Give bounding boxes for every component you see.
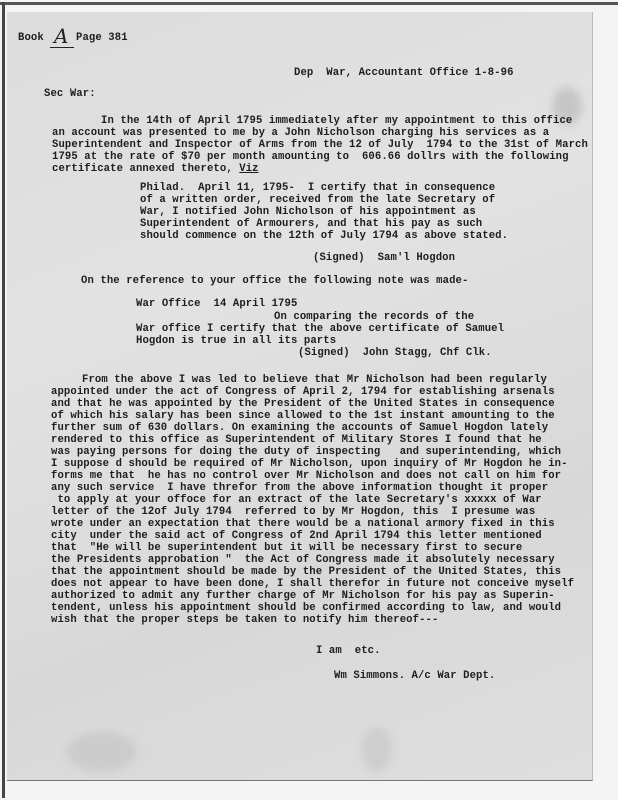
closing: I am etc. bbox=[316, 645, 381, 657]
text-line: an account was presented to me by a John… bbox=[52, 127, 549, 139]
text-line: the Presidents approbation " the Act of … bbox=[51, 554, 555, 566]
frame-border-top bbox=[0, 2, 618, 5]
text-line: War, I notified John Nicholson of his ap… bbox=[140, 206, 476, 218]
text-line: forms me that he has no control over Mr … bbox=[51, 470, 561, 482]
scan-background: Book A Page 381 Dep War, Accountant Offi… bbox=[0, 0, 618, 800]
text-line: appointed under the act of Congress of A… bbox=[51, 386, 555, 398]
text-line: From the above I was led to believe that… bbox=[82, 374, 547, 386]
text-line: Superintendent and Inspector of Arms fro… bbox=[52, 139, 588, 151]
page-number: Page 381 bbox=[76, 32, 128, 44]
text-line: was paying persons for doing the duty of… bbox=[51, 446, 561, 458]
text-line: does not appear to have been done, I sha… bbox=[51, 578, 574, 590]
certificate-signature: (Signed) Sam'l Hogdon bbox=[313, 252, 455, 264]
text-line: 1795 at the rate of $70 per month amount… bbox=[52, 151, 569, 163]
text-line: any such service I have threfor from the… bbox=[51, 482, 548, 494]
note-signature: (Signed) John Stagg, Chf Clk. bbox=[298, 347, 492, 359]
salutation: Sec War: bbox=[44, 88, 96, 100]
text-line: On comparing the records of the bbox=[274, 311, 474, 323]
text-line: certificate annexed thereto, Viz bbox=[52, 163, 259, 175]
text-line: Superintendent of Armourers, and that hi… bbox=[140, 218, 482, 230]
note-heading: War Office 14 April 1795 bbox=[136, 298, 297, 310]
text-line: War office I certify that the above cert… bbox=[136, 323, 504, 335]
text-line: wish that the proper steps be taken to n… bbox=[51, 614, 438, 626]
text-line: further sum of 630 dollars. On examining… bbox=[51, 422, 548, 434]
text-line: of which his salary has been since allow… bbox=[51, 410, 555, 422]
text-line: Hogdon is true in all its parts bbox=[136, 335, 336, 347]
text-line: letter of the 12of July 1794 referred to… bbox=[51, 506, 535, 518]
text-line: that "He will be superintendent but it w… bbox=[51, 542, 522, 554]
text-line: to apply at your offoce for an extract o… bbox=[51, 494, 542, 506]
text-line: In the 14th of April 1795 immediately af… bbox=[101, 115, 572, 127]
text-line: Philad. April 11, 1795- I certify that i… bbox=[140, 182, 495, 194]
dateline: Dep War, Accountant Office 1-8-96 bbox=[294, 67, 514, 79]
document-page: Book A Page 381 Dep War, Accountant Offi… bbox=[7, 12, 593, 781]
text-line: and that he was appointed by the Preside… bbox=[51, 398, 555, 410]
frame-border-left bbox=[2, 2, 5, 798]
text-line: city under the said act of Congress of 2… bbox=[51, 530, 542, 542]
reference-line: On the reference to your office the foll… bbox=[81, 275, 468, 287]
viz-underlined: Viz bbox=[239, 163, 258, 175]
text-line: should commence on the 12th of July 1794… bbox=[140, 230, 508, 242]
text-line: that the appointment should be made by t… bbox=[51, 566, 561, 578]
signature: Wm Simmons. A/c War Dept. bbox=[334, 670, 495, 682]
text-line: of a written order, received from the la… bbox=[140, 194, 495, 206]
book-label: Book bbox=[18, 32, 44, 44]
text-line: authorized to admit any further charge o… bbox=[51, 590, 555, 602]
stain-smudge bbox=[67, 732, 137, 772]
text-line: rendered to this office as Superintenden… bbox=[51, 434, 542, 446]
text-line: tendent, unless his appointment should b… bbox=[51, 602, 561, 614]
text-line: wrote under an expectation that there wo… bbox=[51, 518, 555, 530]
book-handwritten-letter: A bbox=[54, 24, 68, 48]
stain-smudge bbox=[362, 727, 392, 772]
text-line: I suppose d should be required of Mr Nic… bbox=[51, 458, 568, 470]
